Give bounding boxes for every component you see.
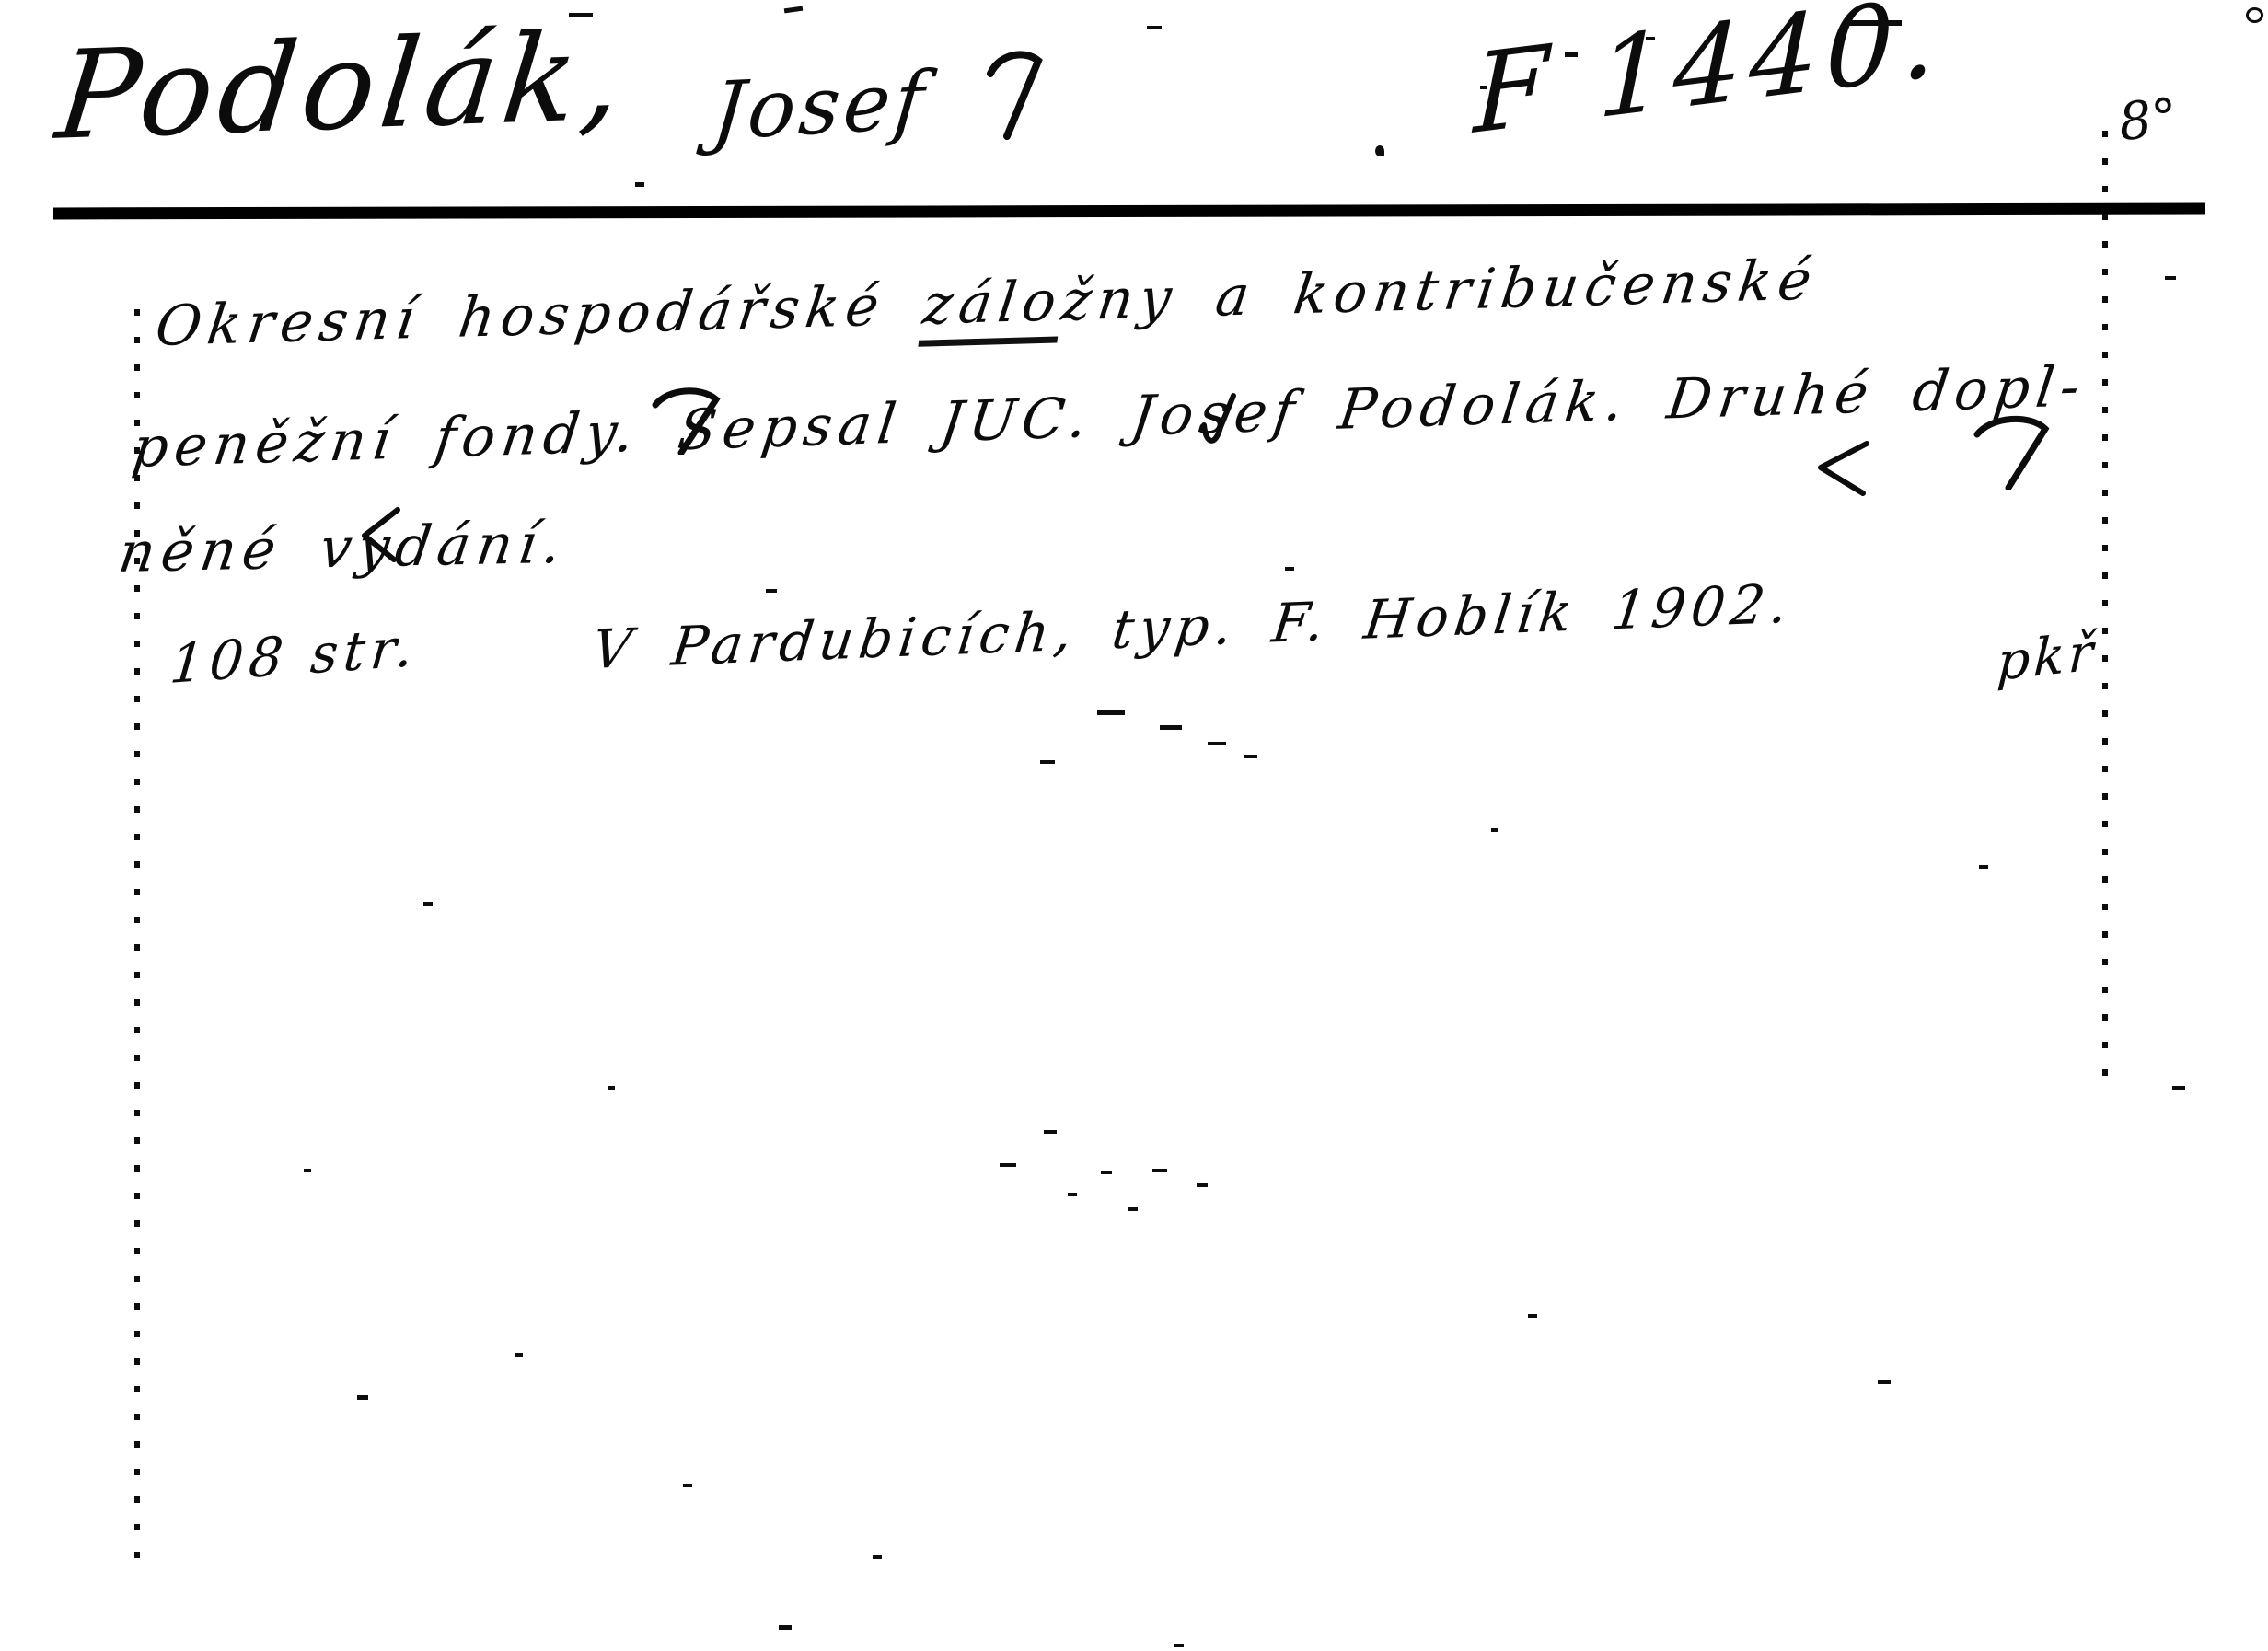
noise-speck bbox=[2246, 7, 2263, 23]
noise-speck bbox=[1646, 37, 1655, 40]
noise-speck bbox=[873, 1555, 882, 1559]
insertion-caret-line3 bbox=[357, 504, 405, 565]
noise-speck bbox=[1208, 742, 1226, 745]
insertion-caret-header bbox=[987, 48, 1044, 140]
noise-speck bbox=[1160, 725, 1182, 730]
noise-speck bbox=[1174, 1644, 1184, 1647]
noise-speck bbox=[2172, 1086, 2185, 1090]
noise-speck bbox=[1480, 86, 1487, 89]
noise-speck bbox=[1491, 828, 1498, 832]
author-surname: Podolák, bbox=[51, 6, 634, 167]
noise-speck bbox=[423, 902, 433, 906]
noise-speck bbox=[1979, 865, 1988, 869]
format-mark: 8° bbox=[2116, 87, 2181, 153]
collation: 108 str. bbox=[168, 616, 421, 696]
title-line-3: něné vydání. bbox=[115, 512, 572, 585]
title-line-1-post: žny a kontribučenské bbox=[1058, 248, 1821, 333]
title-line-1-underlined: zálo bbox=[918, 269, 1066, 347]
noise-speck bbox=[779, 1625, 792, 1630]
noise-speck bbox=[1068, 1193, 1077, 1196]
cataloguer-initials: pkř bbox=[1996, 622, 2098, 693]
noise-speck bbox=[1128, 1207, 1138, 1211]
noise-speck bbox=[357, 1395, 368, 1400]
title-line-2: peněžní fondy. Sepsal JUC. Josef Podolák… bbox=[129, 354, 2089, 480]
noise-speck bbox=[1101, 1171, 1112, 1174]
noise-speck bbox=[1528, 1314, 1537, 1318]
noise-speck bbox=[569, 13, 593, 17]
noise-speck bbox=[1285, 567, 1294, 571]
noise-speck bbox=[1000, 1163, 1016, 1167]
right-margin-dotted-line bbox=[2102, 131, 2108, 1080]
noise-speck bbox=[1097, 710, 1125, 715]
noise-speck bbox=[2165, 276, 2176, 280]
noise-speck bbox=[766, 589, 777, 593]
noise-speck bbox=[304, 1169, 311, 1172]
noise-speck bbox=[784, 6, 804, 14]
noise-speck bbox=[1197, 1183, 1208, 1187]
noise-speck bbox=[1152, 1169, 1167, 1172]
noise-speck bbox=[1878, 1380, 1891, 1384]
left-margin-dotted-line bbox=[134, 309, 140, 1572]
noise-speck bbox=[1375, 145, 1384, 156]
check-mark-line2 bbox=[1198, 390, 1241, 455]
noise-speck bbox=[607, 1086, 615, 1090]
noise-speck bbox=[1044, 1130, 1057, 1134]
insertion-caret-line2-b bbox=[1815, 440, 1872, 497]
noise-speck bbox=[1565, 52, 1578, 57]
noise-speck bbox=[1848, 20, 1902, 26]
noise-speck bbox=[1244, 755, 1257, 758]
author-forename: Josef bbox=[709, 54, 931, 158]
noise-speck bbox=[515, 1353, 523, 1357]
insertion-caret-line2-a bbox=[650, 385, 722, 455]
noise-speck bbox=[635, 182, 644, 187]
noise-speck bbox=[683, 1484, 692, 1487]
catalog-card: Podolák, Josef F 1440. 8° Okresní hospod… bbox=[0, 0, 2268, 1651]
title-line-1: Okresní hospodářské záložny a kontribuče… bbox=[152, 248, 1822, 359]
title-line-1-pre: Okresní hospodářské bbox=[152, 272, 928, 359]
noise-speck bbox=[1147, 26, 1162, 29]
insertion-caret-line2-c bbox=[1972, 412, 2053, 490]
header-rule bbox=[53, 203, 2205, 220]
noise-speck bbox=[1040, 760, 1055, 764]
